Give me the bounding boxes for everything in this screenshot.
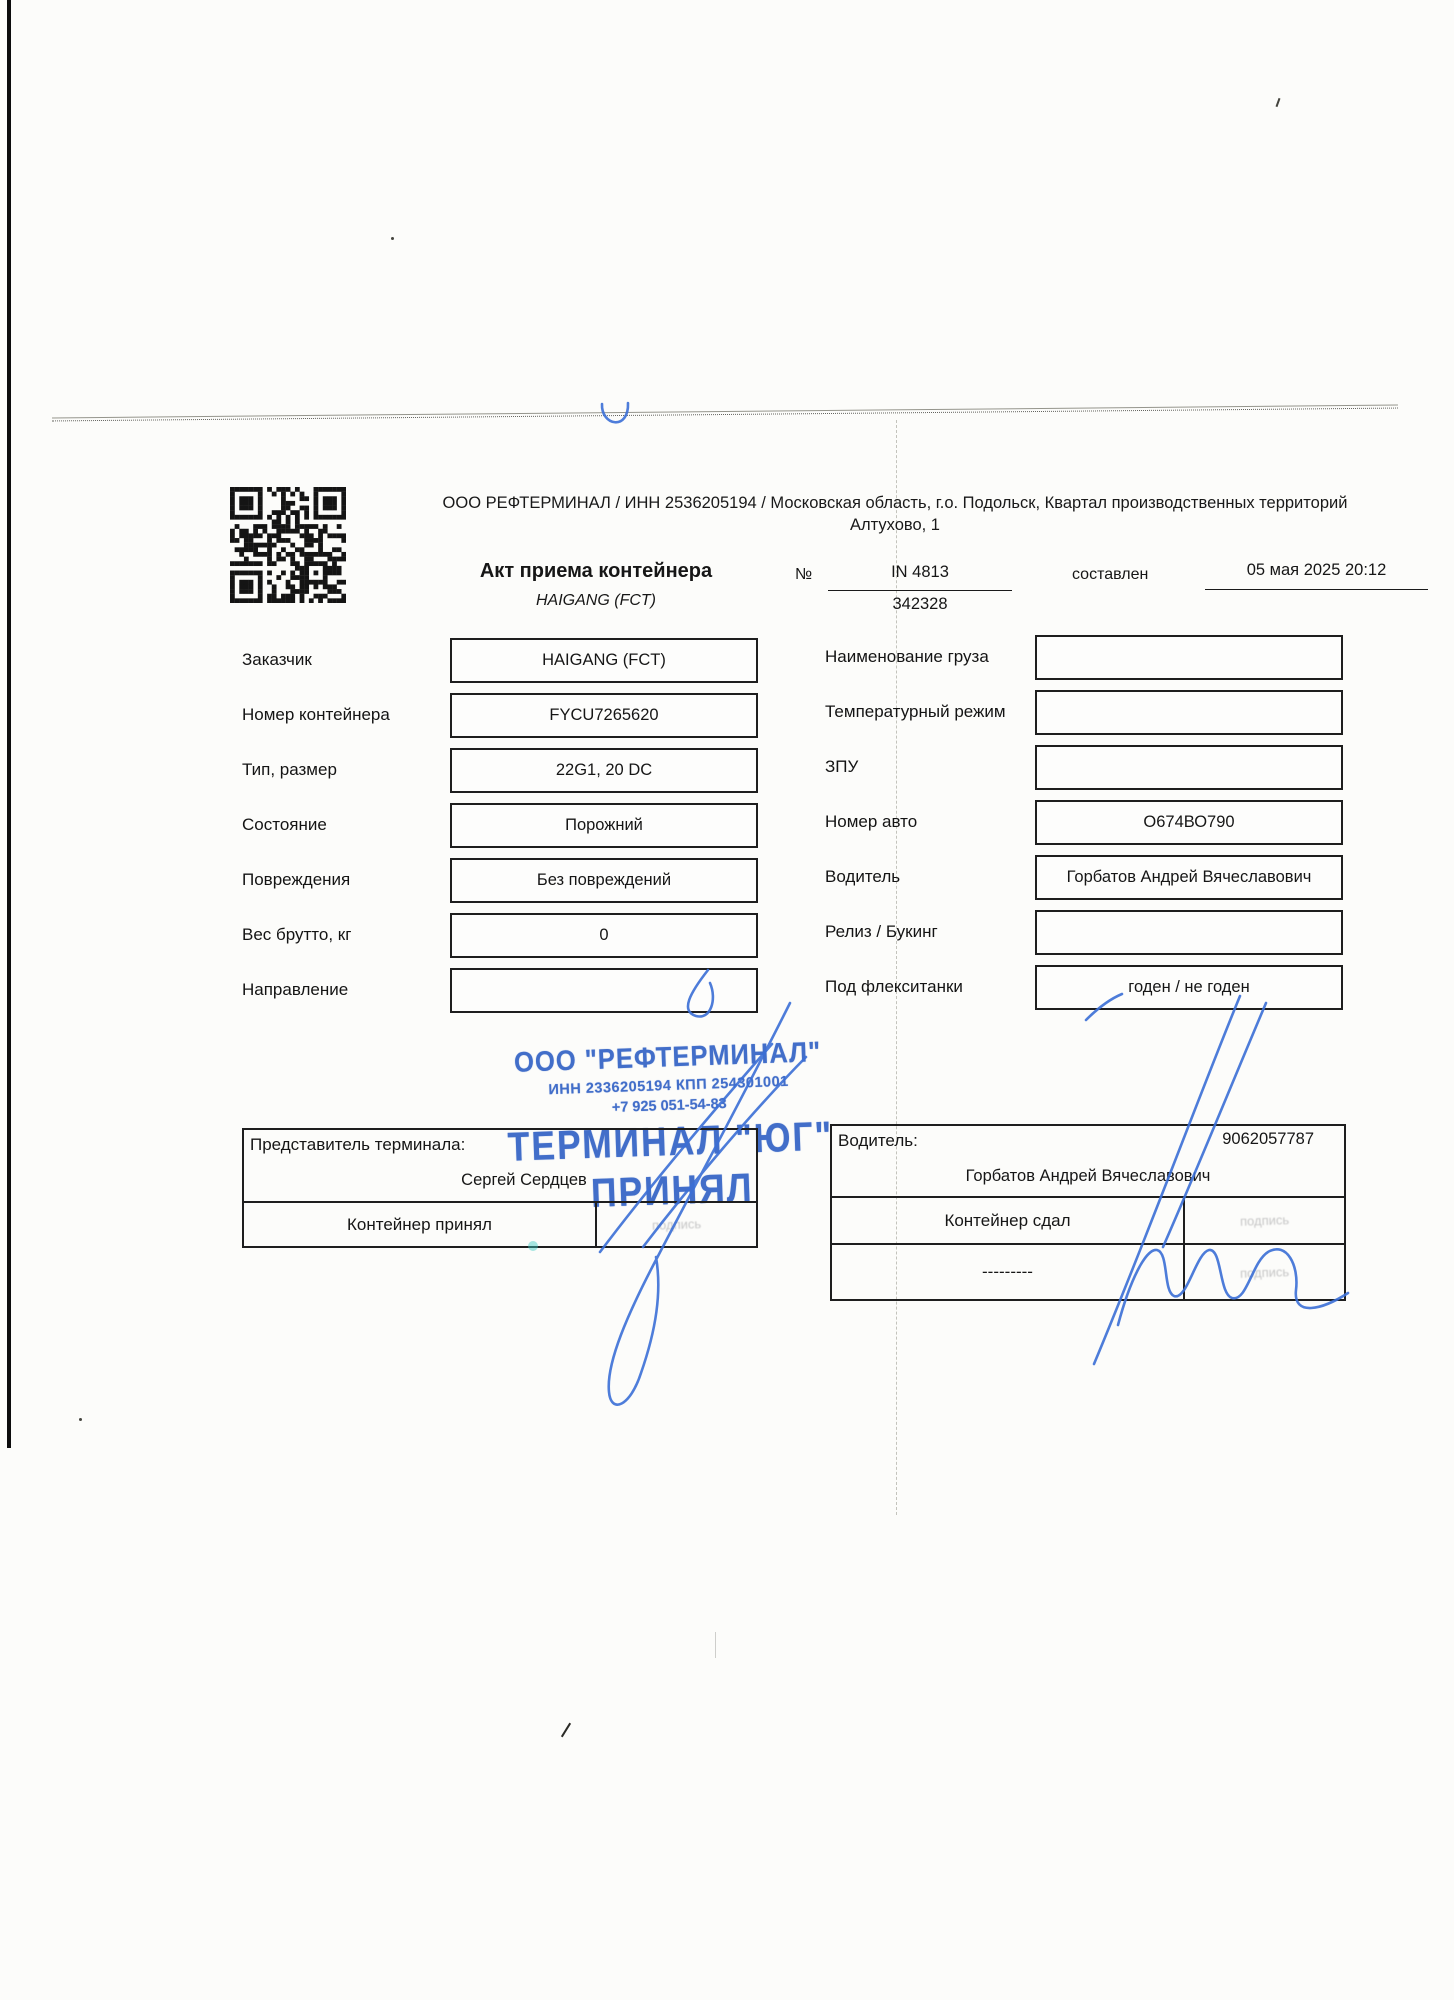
field-gross-weight: 0 [450, 913, 758, 958]
driver-phone: 9062057787 [1222, 1130, 1314, 1149]
label-type-size: Тип, размер [242, 760, 337, 780]
signature-placeholder: подпись [652, 1216, 702, 1233]
qr-code-icon [230, 487, 346, 603]
field-condition: Порожний [450, 803, 758, 848]
field-seal [1035, 745, 1343, 790]
field-flexitank-value: годен / не годен [1128, 978, 1249, 997]
field-condition-value: Порожний [565, 816, 643, 835]
terminal-representative-name: Сергей Сердцев [364, 1171, 684, 1190]
signature-placeholder: подпись [1240, 1212, 1290, 1229]
composed-label: составлен [1072, 566, 1148, 584]
driver-name: Горбатов Андрей Вячеславович [832, 1167, 1344, 1186]
composed-datetime: 05 мая 2025 20:12 [1205, 561, 1428, 590]
label-cargo-name: Наименование груза [825, 647, 989, 667]
scan-speck [391, 237, 394, 240]
field-type-size-value: 22G1, 20 DC [556, 761, 652, 780]
field-customer-value: HAIGANG (FCT) [542, 651, 666, 670]
driver-signature-cell-2: подпись [1185, 1245, 1344, 1299]
field-release-booking [1035, 910, 1343, 955]
terminal-signature-cell: подпись [597, 1203, 756, 1246]
container-accepted-label: Контейнер принял [244, 1203, 597, 1246]
field-truck-number-value: О674ВО790 [1143, 813, 1234, 832]
scanned-document-page: ООО РЕФТЕРМИНАЛ / ИНН 2536205194 / Моско… [0, 0, 1454, 2000]
company-header-line2: Алтухово, 1 [360, 514, 1430, 536]
label-direction: Направление [242, 980, 348, 1000]
field-driver-value: Горбатов Андрей Вячеславович [1067, 868, 1312, 887]
label-seal: ЗПУ [825, 757, 858, 777]
terminal-representative-header: Представитель терминала: [250, 1135, 465, 1155]
driver-box: Водитель: 9062057787 Горбатов Андрей Вяч… [830, 1124, 1346, 1301]
field-damages-value: Без повреждений [537, 871, 671, 890]
company-header: ООО РЕФТЕРМИНАЛ / ИНН 2536205194 / Моско… [360, 492, 1430, 536]
driver-header: Водитель: [838, 1131, 918, 1151]
container-handed-label: Контейнер сдал [832, 1198, 1185, 1243]
driver-signature-cell-1: подпись [1185, 1198, 1344, 1243]
field-direction [450, 968, 758, 1013]
label-customer: Заказчик [242, 650, 312, 670]
scan-speck [1276, 98, 1281, 107]
stamp-company-name: ООО "РЕФТЕРМИНАЛ" [458, 1034, 877, 1081]
field-driver: Горбатов Андрей Вячеславович [1035, 855, 1343, 900]
label-condition: Состояние [242, 815, 327, 835]
document-title: Акт приема контейнера [420, 560, 772, 583]
scan-left-border-line [7, 0, 11, 1448]
stamp-phone: +7 925 051-54-83 [449, 1090, 889, 1121]
scan-speck [79, 1418, 82, 1421]
field-type-size: 22G1, 20 DC [450, 748, 758, 793]
field-temperature-mode [1035, 690, 1343, 735]
field-container-number-value: FYCU7265620 [549, 706, 658, 725]
dashes-cell: --------- [832, 1245, 1185, 1299]
label-release-booking: Релиз / Букинг [825, 922, 938, 942]
label-gross-weight: Вес брутто, кг [242, 925, 351, 945]
field-customer: HAIGANG (FCT) [450, 638, 758, 683]
signature-placeholder: подпись [1240, 1264, 1290, 1281]
label-flexitank: Под флекситанки [825, 977, 963, 997]
scan-speck [715, 1632, 716, 1658]
label-damages: Повреждения [242, 870, 350, 890]
scan-speck [561, 1723, 571, 1738]
field-gross-weight-value: 0 [599, 926, 608, 945]
field-truck-number: О674ВО790 [1035, 800, 1343, 845]
label-temperature-mode: Температурный режим [825, 702, 1006, 722]
stamp-inn-kpp: ИНН 2336205194 КПП 254301001 [448, 1070, 888, 1101]
label-container-number: Номер контейнера [242, 705, 390, 725]
field-damages: Без повреждений [450, 858, 758, 903]
number-label: № [795, 566, 812, 584]
field-cargo-name [1035, 635, 1343, 680]
company-header-line1: ООО РЕФТЕРМИНАЛ / ИНН 2536205194 / Моско… [360, 492, 1430, 514]
horizontal-fold-crease [52, 405, 1398, 422]
terminal-representative-box: Представитель терминала: Сергей Сердцев … [242, 1128, 758, 1248]
label-truck-number: Номер авто [825, 812, 917, 832]
field-flexitank: годен / не годен [1035, 965, 1343, 1010]
document-subtitle: HAIGANG (FCT) [420, 592, 772, 610]
document-number: IN 4813 [828, 563, 1012, 591]
label-driver: Водитель [825, 867, 900, 887]
field-container-number: FYCU7265620 [450, 693, 758, 738]
document-number-second: 342328 [828, 595, 1012, 614]
